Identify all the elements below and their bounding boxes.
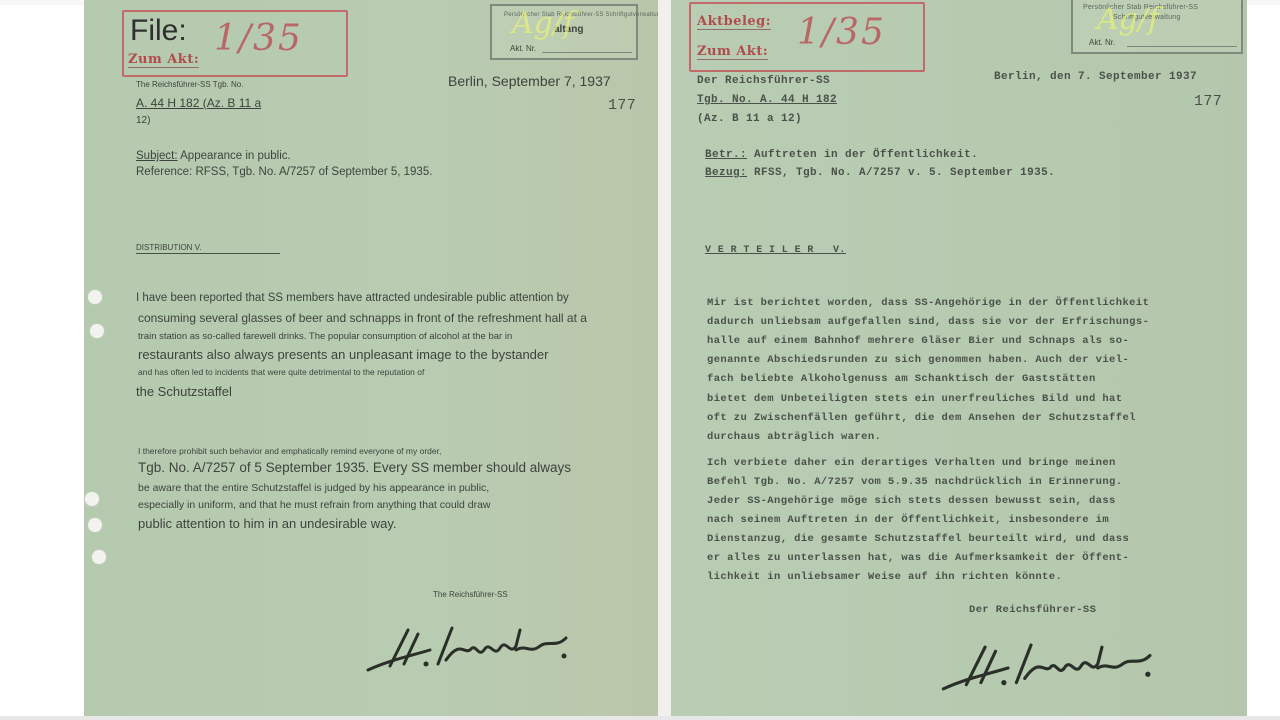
subject-line: Subject: Appearance in public.	[136, 150, 291, 162]
signature-title: Der Reichsführer-SS	[969, 604, 1096, 616]
document-page-english: File: Zum Akt: 1/35 Persönlicher Stab Re…	[84, 0, 658, 720]
place-date: Berlin, September 7, 1937	[448, 73, 611, 89]
paragraph-2-line-2: Tgb. No. A/7257 of 5 September 1935. Eve…	[138, 460, 571, 475]
paragraph-2-line-1: Ich verbiete daher ein derartiges Verhal…	[707, 457, 1116, 469]
paragraph-1-line-8: durchaus abträglich waren.	[707, 431, 881, 443]
reference-number-line1: A. 44 H 182 (Az. B 11 a	[136, 96, 261, 110]
document-page-german: Aktbeleg: Zum Akt: 1/35 Persönlicher Sta…	[671, 0, 1247, 720]
reference-number-line1: Tgb. No. A. 44 H 182	[697, 94, 837, 106]
paragraph-1-line-2: dadurch unliebsam aufgefallen sind, dass…	[707, 316, 1149, 328]
file-stamp: File: Zum Akt: 1/35	[122, 10, 348, 77]
sender-line: Der Reichsführer-SS	[697, 75, 830, 87]
office-stamp-footer: Akt. Nr.	[510, 44, 536, 53]
subject-text: Auftreten in der Öffentlichkeit.	[754, 149, 978, 161]
paragraph-2-line-3: be aware that the entire Schutzstaffel i…	[138, 482, 489, 494]
paragraph-2-line-4: nach seinem Auftreten in der Öffentlichk…	[707, 514, 1109, 526]
reference-number-line2: 12)	[136, 115, 150, 126]
paragraph-1-line-3: train station as so-called farewell drin…	[138, 331, 512, 342]
paragraph-2-line-2: Befehl Tgb. No. A/7257 vom 5.9.35 nachdr…	[707, 476, 1122, 488]
distribution-heading: DISTRIBUTION V.	[136, 243, 280, 254]
paragraph-2-line-5: Dienstanzug, die gesamte Schutzstaffel b…	[707, 533, 1129, 545]
paragraph-1-line-6: bietet dem Unbeteiligten stets ein unerf…	[707, 393, 1122, 405]
paragraph-1-line-3: halle auf einem Bahnhof mehrere Gläser B…	[707, 335, 1129, 347]
paragraph-1-line-5: and has often led to incidents that were…	[138, 367, 424, 377]
punch-hole	[88, 518, 102, 532]
page-number: 177	[608, 97, 636, 114]
subject-label: Subject:	[136, 150, 178, 162]
paragraph-1-line-1: I have been reported that SS members hav…	[136, 292, 569, 304]
paragraph-2-line-1: I therefore prohibit such behavior and e…	[138, 446, 441, 456]
reference-text: RFSS, Tgb. No. A/7257 v. 5. September 19…	[754, 167, 1055, 179]
punch-hole	[88, 290, 102, 304]
yellow-highlight-mark: Ag/f	[1097, 2, 1159, 37]
sender-line: The Reichsführer-SS Tgb. No.	[136, 80, 243, 89]
paragraph-2-line-4: especially in uniform, and that he must …	[138, 499, 491, 511]
office-stamp: Persönlicher Stab Reichsführer-SS Schrif…	[490, 4, 638, 60]
signature-title: The Reichsführer-SS	[433, 590, 508, 599]
file-stamp-sublabel: Zum Akt:	[128, 52, 199, 68]
paragraph-1-line-4: restaurants also always presents an unpl…	[138, 347, 548, 362]
office-stamp-line	[542, 52, 632, 53]
subject-text: Appearance in public.	[180, 150, 291, 162]
signature-image	[935, 636, 1175, 700]
page-divider	[658, 0, 671, 720]
punch-hole	[90, 324, 104, 338]
file-stamp-handwritten-number: 1/35	[797, 12, 886, 53]
paragraph-1-line-1: Mir ist berichtet worden, dass SS-Angehö…	[707, 297, 1149, 309]
paragraph-2-line-5: public attention to him in an undesirabl…	[138, 516, 396, 531]
paragraph-2-line-3: Jeder SS-Angehörige möge sich stets dess…	[707, 495, 1116, 507]
paragraph-1-line-2: consuming several glasses of beer and sc…	[138, 311, 587, 325]
file-stamp: Aktbeleg: Zum Akt: 1/35	[689, 2, 925, 72]
paragraph-1-line-6: the Schutzstaffel	[136, 384, 232, 399]
reference-line: Bezug: RFSS, Tgb. No. A/7257 v. 5. Septe…	[705, 167, 1055, 179]
reference-line: Reference: RFSS, Tgb. No. A/7257 of Sept…	[136, 166, 432, 178]
paragraph-1-line-4: genannte Abschiedsrunden zu sich genomme…	[707, 354, 1129, 366]
yellow-highlight-mark: Ag/f	[512, 6, 574, 41]
reference-label: Bezug:	[705, 167, 747, 179]
file-stamp-label: File:	[130, 14, 187, 48]
subject-label: Betr.:	[705, 149, 747, 161]
file-stamp-label-2: Zum Akt:	[697, 44, 768, 60]
office-stamp-footer: Akt. Nr.	[1089, 38, 1115, 47]
reference-number-line2: (Az. B 11 a 12)	[697, 113, 802, 125]
distribution-heading: V E R T E I L E R V.	[705, 245, 846, 256]
bottom-margin	[0, 716, 1280, 720]
office-stamp: Persönlicher Stab Reichsführer-SS Schrif…	[1071, 0, 1243, 54]
punch-hole	[85, 492, 99, 506]
paragraph-2-line-6: er alles zu unterlassen hat, was die Auf…	[707, 552, 1129, 564]
file-stamp-label-1: Aktbeleg:	[697, 14, 771, 30]
file-stamp-handwritten-number: 1/35	[214, 18, 303, 59]
punch-hole	[92, 550, 106, 564]
subject-line: Betr.: Auftreten in der Öffentlichkeit.	[705, 149, 978, 161]
paragraph-1-line-7: oft zu Zwischenfällen geführt, die dem A…	[707, 412, 1136, 424]
page-number: 177	[1194, 93, 1222, 110]
paragraph-1-line-5: fach beliebte Alkoholgenuss am Schanktis…	[707, 373, 1096, 385]
place-date: Berlin, den 7. September 1937	[994, 71, 1197, 83]
signature-image	[360, 620, 590, 680]
office-stamp-line	[1127, 46, 1237, 47]
paragraph-2-line-7: lichkeit in unliebsamer Weise auf ihn ri…	[707, 571, 1062, 583]
